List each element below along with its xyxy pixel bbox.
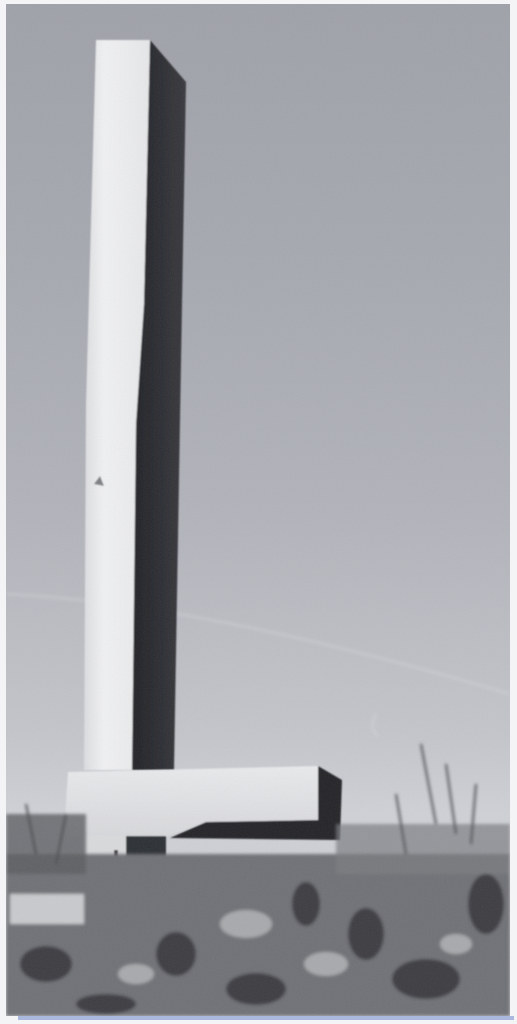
photo-bottom-edge: [18, 1016, 514, 1020]
photo-frame: [0, 0, 517, 1024]
photograph: [6, 4, 510, 1016]
monument-scene: [6, 4, 510, 1016]
film-grain: [6, 4, 510, 1016]
